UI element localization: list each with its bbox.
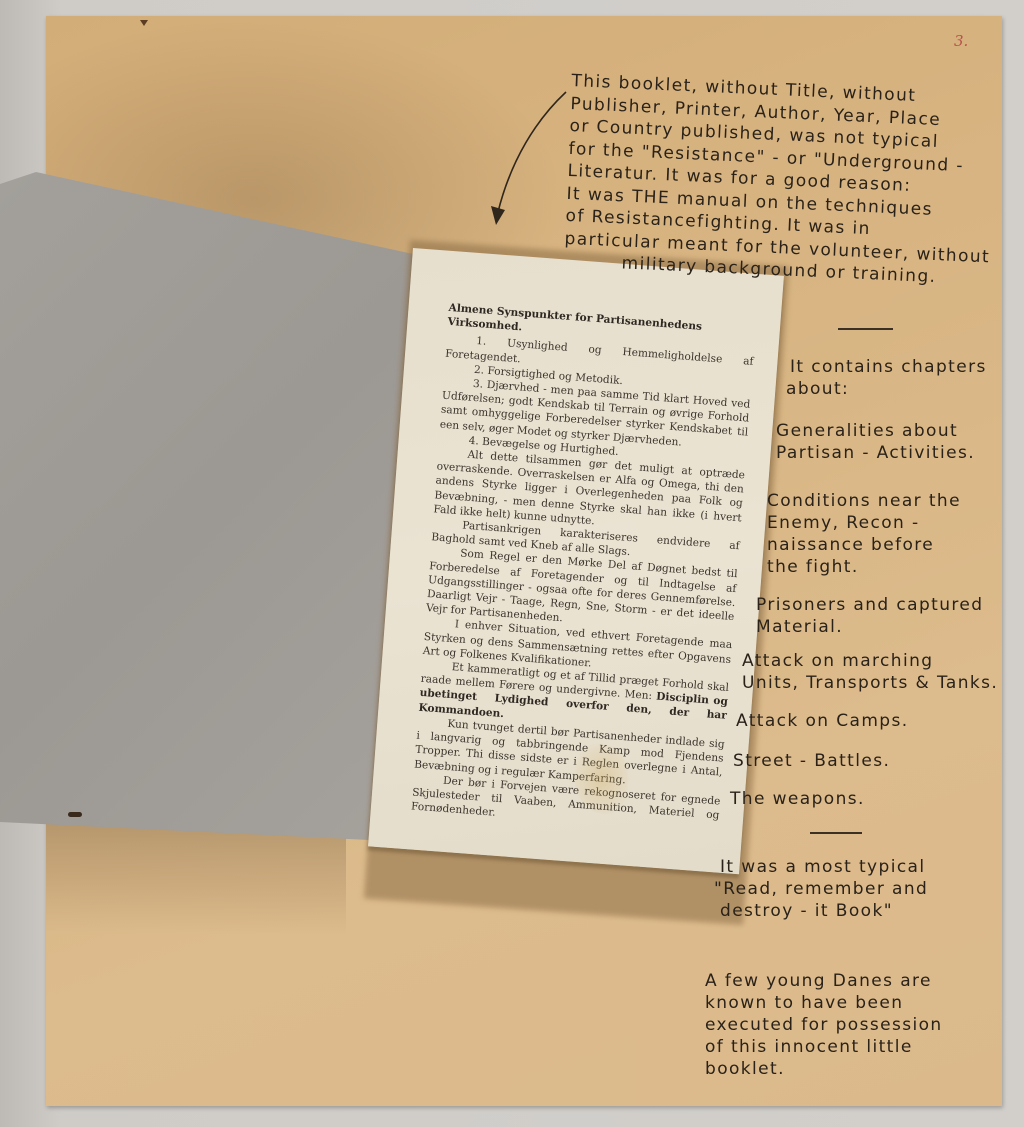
booklet-page: Almene Synspunkter for Partisanenhedens …	[368, 248, 784, 874]
chapter-item: Attack on Camps.	[736, 710, 909, 732]
divider-line	[810, 832, 862, 834]
chapter-item: Street - Battles.	[733, 750, 890, 772]
divider-line	[838, 328, 893, 330]
handwritten-intro-note: This booklet, without Title, without Pub…	[563, 70, 997, 291]
chapter-item: Prisoners and captured Material.	[756, 594, 983, 638]
sheet-notch-mark	[140, 20, 148, 26]
chapter-item: The weapons.	[730, 788, 865, 810]
staple-mark	[68, 812, 82, 817]
booklet-cover	[0, 172, 420, 842]
chapter-item: Conditions near the Enemy, Recon - naiss…	[767, 490, 961, 578]
page-number: 3.	[954, 32, 968, 50]
handwritten-closing-note: A few young Danes are known to have been…	[705, 970, 943, 1080]
chapter-item: Attack on marching Units, Transports & T…	[742, 650, 998, 694]
handwritten-typical-note: It was a most typical "Read, remember an…	[720, 856, 928, 922]
chapter-item: Generalities about Partisan - Activities…	[776, 420, 975, 464]
chapters-heading: It contains chapters about:	[790, 356, 987, 400]
arrow-icon	[486, 80, 576, 230]
